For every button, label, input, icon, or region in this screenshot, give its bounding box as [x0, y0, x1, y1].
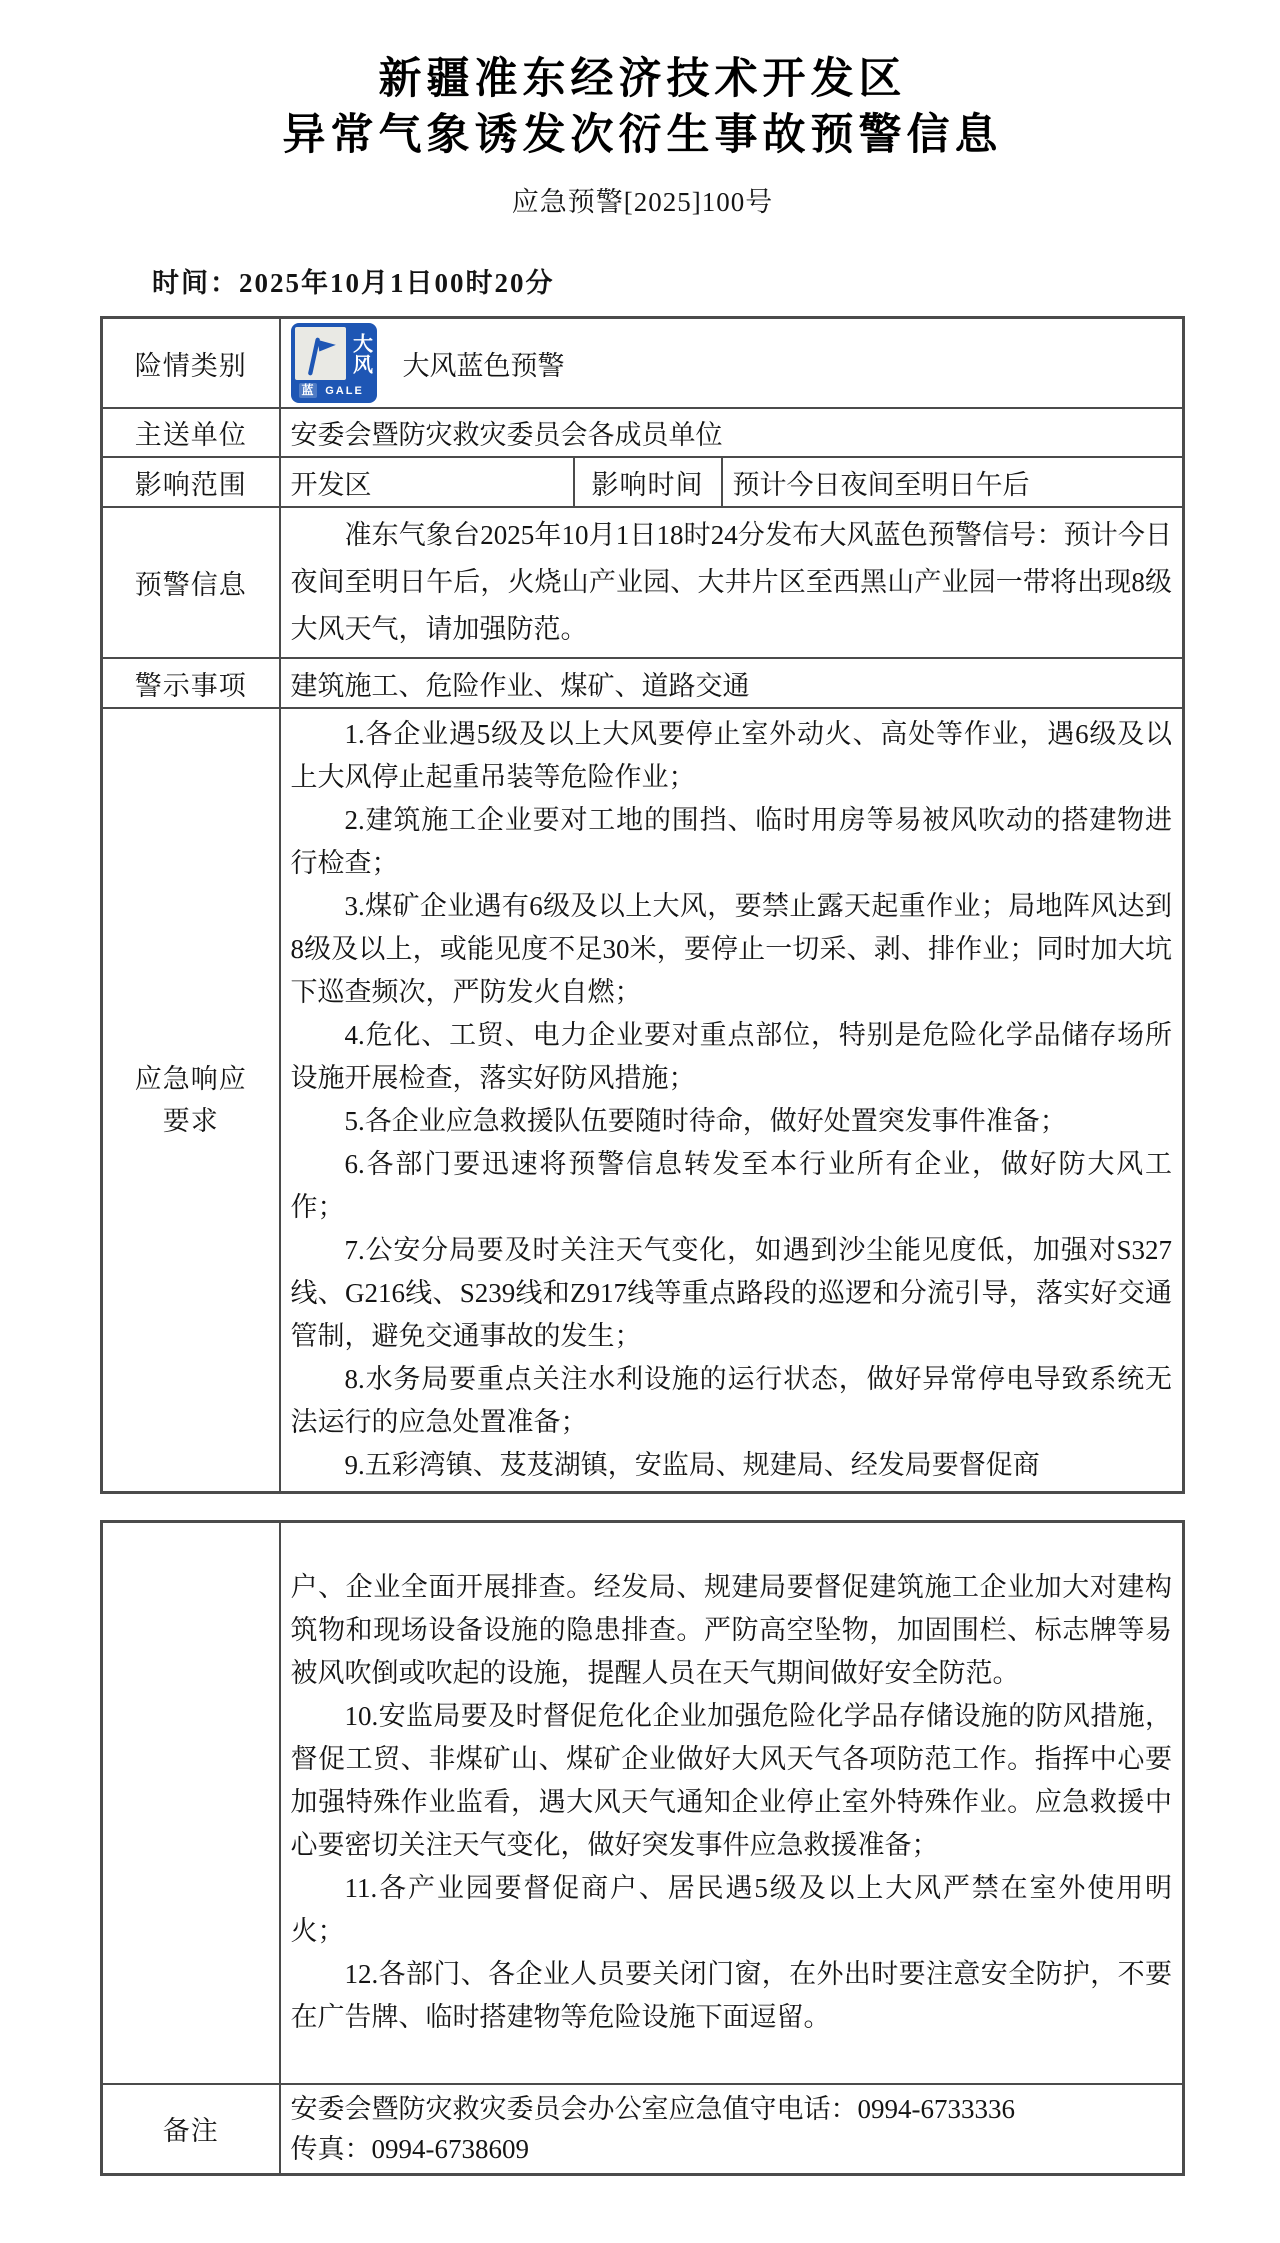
recipient-value: 安委会暨防灾救灾委员会各成员单位: [280, 408, 1184, 457]
row-warning-info: 预警信息 准东气象台2025年10月1日18时24分发布大风蓝色预警信号：预计今…: [102, 507, 1184, 658]
response-continued-cell: 户、企业全面开展排查。经发局、规建局要督促建筑施工企业加大对建构筑物和现场设备设…: [280, 1522, 1184, 2084]
response-label-line2: 要求: [113, 1100, 269, 1142]
warning-table-main: 险情类别 大风: [100, 316, 1185, 1494]
gale-icon-cn-label: 大风: [349, 327, 373, 380]
alert-matters-value: 建筑施工、危险作业、煤矿、道路交通: [280, 658, 1184, 708]
response-item-9-continued: 户、企业全面开展排查。经发局、规建局要督促建筑施工企业加大对建构筑物和现场设备设…: [291, 1566, 1173, 1695]
warning-info-cell: 准东气象台2025年10月1日18时24分发布大风蓝色预警信号：预计今日夜间至明…: [280, 507, 1184, 658]
row-response-continued: 户、企业全面开展排查。经发局、规建局要督促建筑施工企业加大对建构筑物和现场设备设…: [102, 1522, 1184, 2084]
gale-icon-level-label: 蓝: [299, 383, 317, 398]
gale-blue-warning-icon: 大风 蓝 GALE: [291, 323, 377, 403]
gale-icon-en-label: GALE: [317, 385, 373, 397]
response-item-7: 7.公安分局要及时关注天气变化，如遇到沙尘能见度低，加强对S327线、G216线…: [291, 1229, 1173, 1358]
risk-type-label: 险情类别: [102, 318, 280, 409]
remark-label: 备注: [102, 2084, 280, 2175]
response-items-cell: 1.各企业遇5级及以上大风要停止室外动火、高处等作业，遇6级及以上大风停止起重吊…: [280, 708, 1184, 1493]
doc-title-line2: 异常气象诱发次衍生事故预警信息: [100, 108, 1185, 164]
response-item-3: 3.煤矿企业遇有6级及以上大风，要禁止露天起重作业；局地阵风达到8级及以上，或能…: [291, 885, 1173, 1014]
alert-matters-label: 警示事项: [102, 658, 280, 708]
warning-info-text: 准东气象台2025年10月1日18时24分发布大风蓝色预警信号：预计今日夜间至明…: [291, 512, 1173, 653]
response-item-1: 1.各企业遇5级及以上大风要停止室外动火、高处等作业，遇6级及以上大风停止起重吊…: [291, 713, 1173, 799]
response-label: 应急响应 要求: [102, 708, 280, 1493]
warning-table-continued: 户、企业全面开展排查。经发局、规建局要督促建筑施工企业加大对建构筑物和现场设备设…: [100, 1520, 1185, 2176]
row-risk-type: 险情类别 大风: [102, 318, 1184, 409]
row-response-requirements: 应急响应 要求 1.各企业遇5级及以上大风要停止室外动火、高处等作业，遇6级及以…: [102, 708, 1184, 1493]
issue-time: 时间：2025年10月1日00时20分: [152, 261, 1185, 300]
risk-type-cell: 大风 蓝 GALE 大风蓝色预警: [280, 318, 1184, 409]
response-item-9: 9.五彩湾镇、芨芨湖镇，安监局、规建局、经发局要督促商: [291, 1444, 1173, 1487]
response-item-6: 6.各部门要迅速将预警信息转发至本行业所有企业，做好防大风工作；: [291, 1143, 1173, 1229]
row-recipient: 主送单位 安委会暨防灾救灾委员会各成员单位: [102, 408, 1184, 457]
response-item-2: 2.建筑施工企业要对工地的围挡、临时用房等易被风吹动的搭建物进行检查；: [291, 799, 1173, 885]
scope-value: 开发区: [280, 457, 574, 507]
doc-title-line1: 新疆准东经济技术开发区: [100, 52, 1185, 108]
row-scope: 影响范围 开发区 影响时间 预计今日夜间至明日午后: [102, 457, 1184, 507]
impact-time-value: 预计今日夜间至明日午后: [722, 457, 1184, 507]
response-item-4: 4.危化、工贸、电力企业要对重点部位，特别是危险化学品储存场所设施开展检查，落实…: [291, 1014, 1173, 1100]
remark-phone: 安委会暨防灾救灾委员会办公室应急值守电话：0994-6733336: [291, 2089, 1173, 2129]
response-item-8: 8.水务局要重点关注水利设施的运行状态，做好异常停电导致系统无法运行的应急处置准…: [291, 1358, 1173, 1444]
row-remark: 备注 安委会暨防灾救灾委员会办公室应急值守电话：0994-6733336 传真：…: [102, 2084, 1184, 2175]
doc-number: 应急预警[2025]100号: [100, 180, 1185, 219]
remark-cell: 安委会暨防灾救灾委员会办公室应急值守电话：0994-6733336 传真：099…: [280, 2084, 1184, 2175]
warning-info-label: 预警信息: [102, 507, 280, 658]
recipient-label: 主送单位: [102, 408, 280, 457]
risk-type-value: 大风蓝色预警: [403, 344, 565, 383]
remark-fax: 传真：0994-6738609: [291, 2129, 1173, 2169]
response-continued-label-empty: [102, 1522, 280, 2084]
document-page: 新疆准东经济技术开发区 异常气象诱发次衍生事故预警信息 应急预警[2025]10…: [0, 0, 1280, 2176]
response-item-12: 12.各部门、各企业人员要关闭门窗，在外出时要注意安全防护，不要在广告牌、临时搭…: [291, 1953, 1173, 2039]
response-item-5: 5.各企业应急救援队伍要随时待命，做好处置突发事件准备；: [291, 1100, 1173, 1143]
response-item-10: 10.安监局要及时督促危化企业加强危险化学品存储设施的防风措施，督促工贸、非煤矿…: [291, 1695, 1173, 1867]
wind-flag-icon: [295, 327, 346, 380]
impact-time-label: 影响时间: [574, 457, 722, 507]
scope-label: 影响范围: [102, 457, 280, 507]
response-label-line1: 应急响应: [113, 1058, 269, 1100]
row-alert-matters: 警示事项 建筑施工、危险作业、煤矿、道路交通: [102, 658, 1184, 708]
response-item-11: 11.各产业园要督促商户、居民遇5级及以上大风严禁在室外使用明火；: [291, 1867, 1173, 1953]
table-gap: [100, 1494, 1185, 1520]
